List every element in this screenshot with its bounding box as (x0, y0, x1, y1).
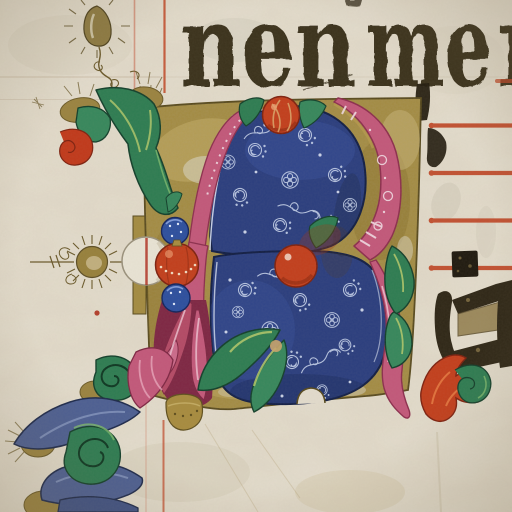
manuscript-canvas: nen me n (0, 0, 512, 512)
manuscript-photo: nen me n (0, 0, 512, 512)
photo-overlay (0, 0, 512, 512)
